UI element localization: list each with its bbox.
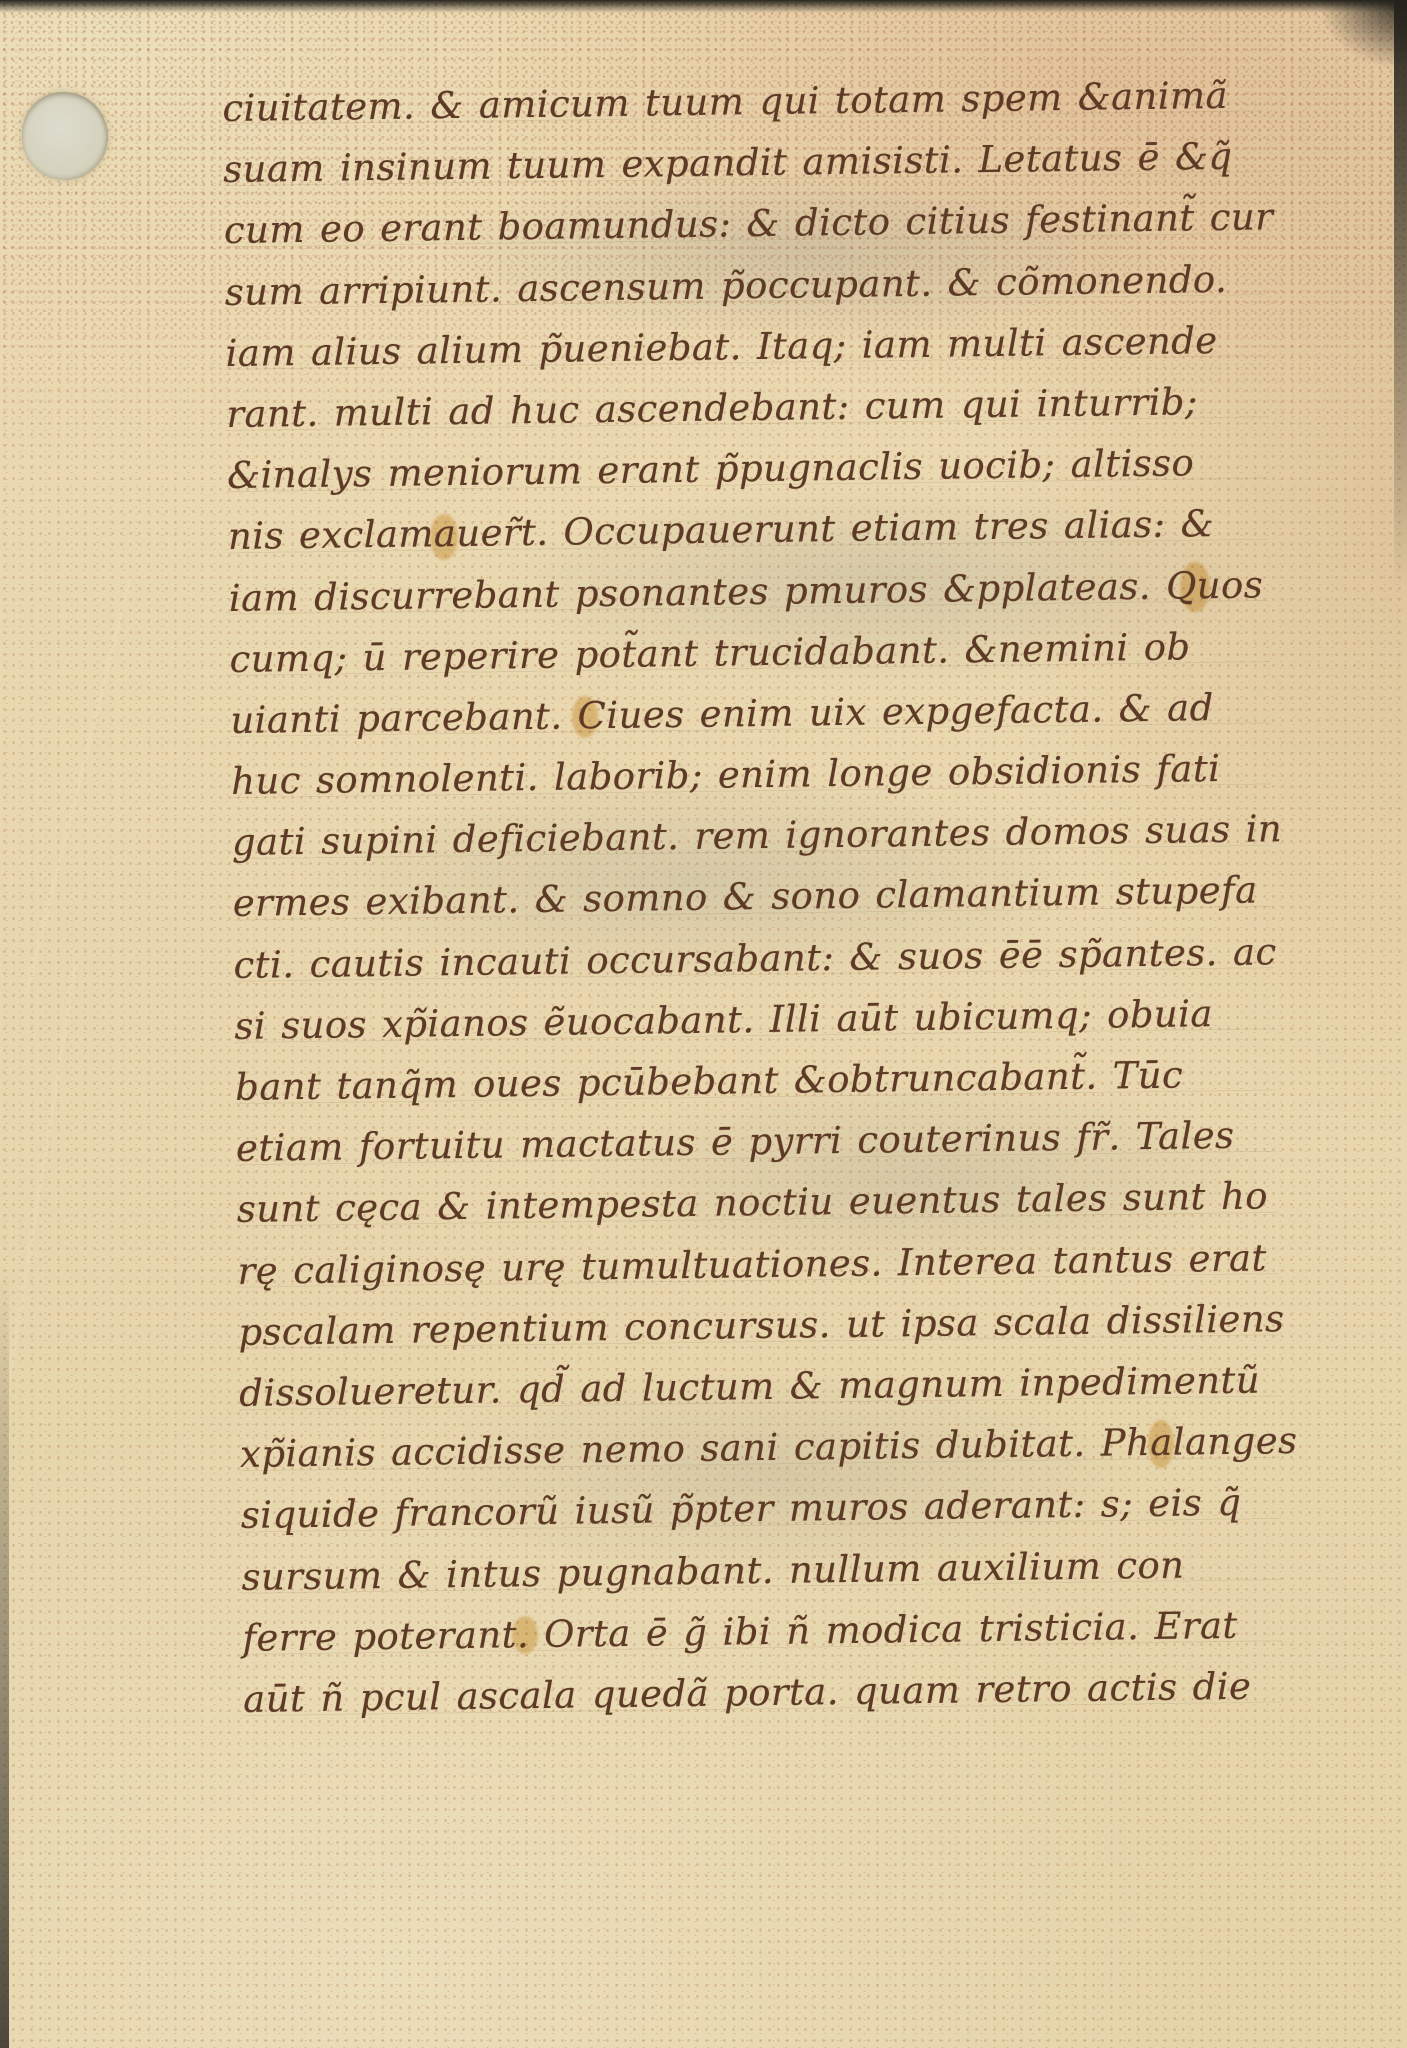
parchment-crease	[26, 576, 134, 994]
parchment-crease	[9, 962, 79, 1377]
manuscript-page: ciuitatem. & amicum tuum qui totam spem …	[0, 0, 1407, 2048]
text-block: ciuitatem. & amicum tuum qui totam spem …	[222, 64, 1284, 1730]
parchment-hole	[22, 92, 108, 180]
page-edge-top	[0, 0, 1407, 13]
page-edge-left-bottom	[0, 1268, 9, 2048]
page-edge-right	[1394, 0, 1407, 640]
